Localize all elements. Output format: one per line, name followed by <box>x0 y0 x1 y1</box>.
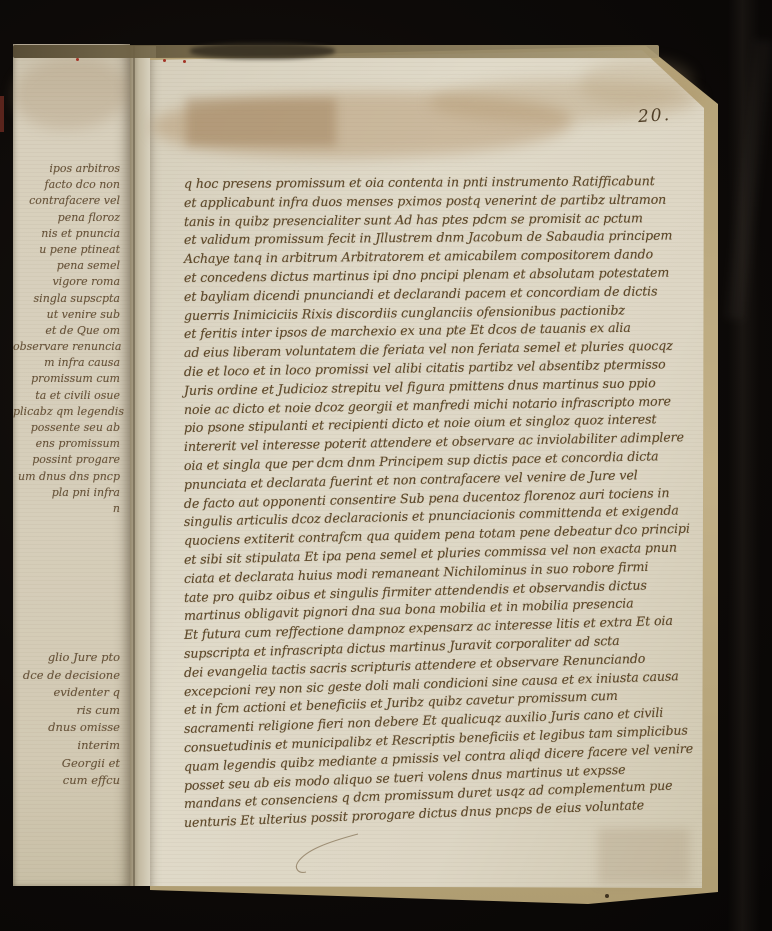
binding-top-edge <box>13 45 659 58</box>
verso-fragment-line: promissum cum <box>13 372 125 388</box>
verso-fragment-line: ipos arbitros <box>13 162 125 178</box>
binding-smudge <box>190 43 335 59</box>
verso-fragments-lower: glio Jure ptodce de decisioneevidenter q… <box>13 650 125 791</box>
verso-fragment-line: pena semel <box>13 259 125 275</box>
stain <box>186 98 336 146</box>
verso-fragment-line: ta et civili osue <box>13 389 125 405</box>
verso-fragment-line: pla pni infra <box>13 486 125 502</box>
manuscript-photo: 20. q hoc presens promissum et oia conte… <box>0 0 772 931</box>
red-streak <box>0 96 4 132</box>
verso-fragment-line: nis et pnuncia <box>13 227 125 243</box>
red-speck <box>76 58 79 61</box>
verso-fragment-line: plicabz qm legendis <box>13 405 125 421</box>
verso-fragment-line: m infra causa <box>13 356 125 372</box>
verso-fragment-line: possente seu ab <box>13 421 125 437</box>
verso-fragment-line: contrafacere vel <box>13 194 125 210</box>
pen-flourish <box>288 832 368 878</box>
verso-fragment-line: dce de decisione <box>13 668 125 686</box>
verso-fragments-upper: ipos arbitrosfacto dco noncontrafacere v… <box>13 162 125 518</box>
verso-fragment-line: singla supscpta <box>13 292 125 308</box>
verso-fragment-line: interim <box>13 738 125 756</box>
verso-fragment-line: facto dco non <box>13 178 125 194</box>
verso-fragment-line: u pene ptineat <box>13 243 125 259</box>
verso-fragment-line: pena floroz <box>13 211 125 227</box>
red-speck <box>163 59 166 62</box>
verso-fragment-line: dnus omisse <box>13 720 125 738</box>
verso-fragment-line: ris cum <box>13 703 125 721</box>
folio-number: 20. <box>637 105 671 127</box>
verso-fragment-line: ens promissum <box>13 437 125 453</box>
verso-fragment-line: observare renuncia <box>13 340 125 356</box>
verso-fragment-line: et de Que om <box>13 324 125 340</box>
verso-fragment-line: ut venire sub <box>13 308 125 324</box>
stain <box>598 828 690 884</box>
verso-fragment-line: n <box>13 502 125 518</box>
verso-fragment-line: glio Jure pto <box>13 650 125 668</box>
verso-fragment-line: cum effcu <box>13 773 125 791</box>
verso-fragment-line: um dnus dns pncp <box>13 470 125 486</box>
verso-fragment-line: possint progare <box>13 453 125 469</box>
verso-fragment-line: evidenter q <box>13 685 125 703</box>
red-speck <box>183 60 186 63</box>
verso-fragment-line: Georgii et <box>13 756 125 774</box>
verso-fragment-line: vigore roma <box>13 275 125 291</box>
ink-dot <box>605 894 609 898</box>
manuscript-text-block: q hoc presens promissum et oia contenta … <box>184 176 706 834</box>
gutter-crease <box>133 46 135 886</box>
